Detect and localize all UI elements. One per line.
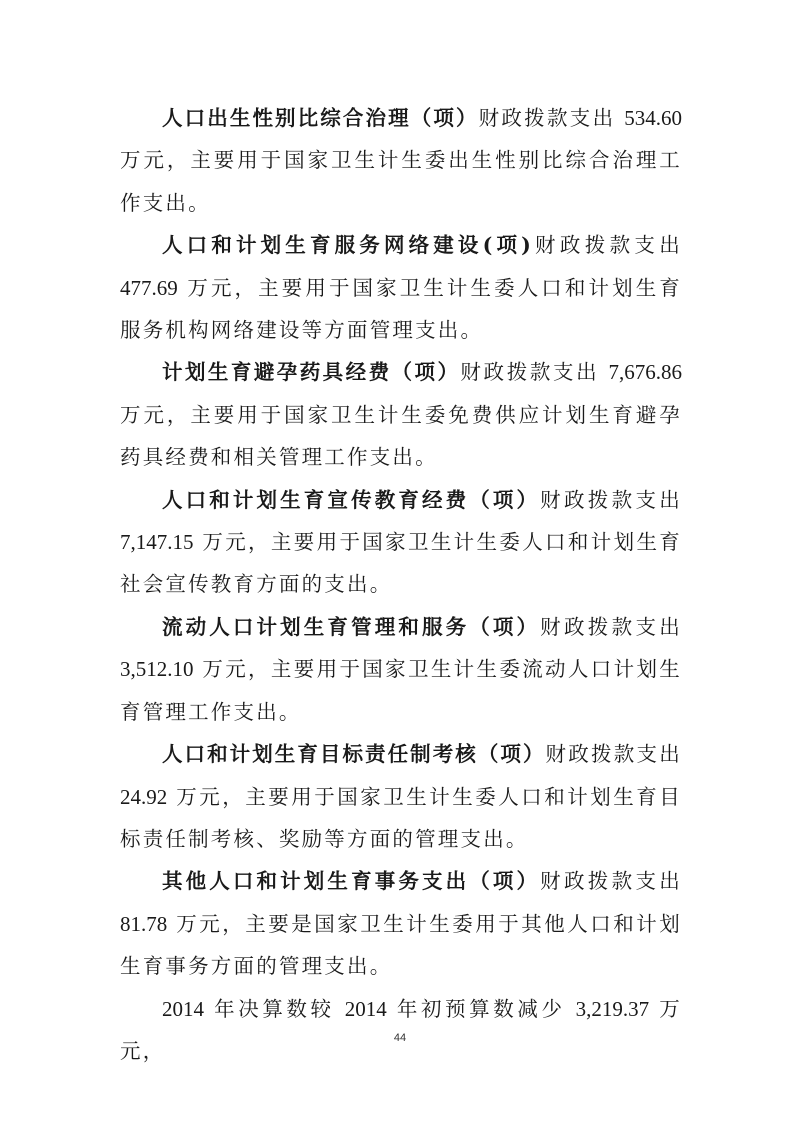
item-amount: 24.92 (120, 785, 167, 809)
summary-text-1: 年决算数较 (204, 997, 345, 1021)
paragraph-publicity-education: 人口和计划生育宣传教育经费（项）财政拨款支出 7,147.15 万元，主要用于国… (120, 479, 682, 606)
paragraph-contraceptives: 计划生育避孕药具经费（项）财政拨款支出 7,676.86 万元，主要用于国家卫生… (120, 351, 682, 478)
item-text-post: 万元，主要用于国家卫生计生委人口和计划生育社会宣传教育方面的支出。 (120, 530, 682, 596)
item-text-pre: 财政拨款支出 (479, 106, 625, 130)
item-amount: 534.60 (624, 106, 682, 130)
item-text-post: 万元，主要用于国家卫生计生委免费供应计划生育避孕药具经费和相关管理工作支出。 (120, 403, 682, 469)
item-text-post: 万元，主要用于国家卫生计生委出生性别比综合治理工作支出。 (120, 148, 682, 214)
item-heading: 人口和计划生育宣传教育经费（项） (162, 488, 540, 512)
paragraph-summary: 2014 年决算数较 2014 年初预算数减少 3,219.37 万元， (120, 988, 682, 1073)
paragraph-target-assessment: 人口和计划生育目标责任制考核（项）财政拨款支出 24.92 万元，主要用于国家卫… (120, 733, 682, 860)
document-page: 人口出生性别比综合治理（项）财政拨款支出 534.60 万元，主要用于国家卫生计… (120, 97, 682, 1072)
item-text-pre: 财政拨款支出 (540, 869, 682, 893)
item-text-pre: 财政拨款支出 (546, 742, 683, 766)
item-heading: 人口和计划生育服务网络建设(项) (162, 233, 533, 257)
item-heading: 人口出生性别比综合治理（项） (162, 106, 479, 130)
item-heading: 人口和计划生育目标责任制考核（项） (162, 742, 546, 766)
paragraph-floating-population: 流动人口计划生育管理和服务（项）财政拨款支出 3,512.10 万元，主要用于国… (120, 606, 682, 733)
summary-year-final: 2014 (162, 997, 204, 1021)
item-amount: 81.78 (120, 912, 167, 936)
paragraph-sex-ratio: 人口出生性别比综合治理（项）财政拨款支出 534.60 万元，主要用于国家卫生计… (120, 97, 682, 224)
summary-text-2: 年初预算数减少 (387, 997, 576, 1021)
item-heading: 流动人口计划生育管理和服务（项） (162, 615, 540, 639)
item-text-post: 万元，主要用于国家卫生计生委人口和计划生育服务机构网络建设等方面管理支出。 (120, 276, 682, 342)
item-heading: 计划生育避孕药具经费（项） (162, 360, 460, 384)
item-text-pre: 财政拨款支出 (540, 488, 682, 512)
item-text-post: 万元，主要用于国家卫生计生委流动人口计划生育管理工作支出。 (120, 657, 682, 723)
item-amount: 3,512.10 (120, 657, 194, 681)
summary-amount: 3,219.37 (576, 997, 650, 1021)
summary-year-budget: 2014 (345, 997, 387, 1021)
item-text-post: 万元，主要是国家卫生计生委用于其他人口和计划生育事务方面的管理支出。 (120, 912, 682, 978)
item-text-pre: 财政拨款支出 (533, 233, 682, 257)
item-heading: 其他人口和计划生育事务支出（项） (162, 869, 540, 893)
item-amount: 7,147.15 (120, 530, 194, 554)
page-number: 44 (0, 1032, 800, 1044)
item-text-pre: 财政拨款支出 (540, 615, 682, 639)
item-text-post: 万元，主要用于国家卫生计生委人口和计划生育目标责任制考核、奖励等方面的管理支出。 (120, 785, 682, 851)
paragraph-service-network: 人口和计划生育服务网络建设(项)财政拨款支出 477.69 万元，主要用于国家卫… (120, 224, 682, 351)
item-amount: 7,676.86 (609, 360, 683, 384)
paragraph-other-affairs: 其他人口和计划生育事务支出（项）财政拨款支出 81.78 万元，主要是国家卫生计… (120, 860, 682, 987)
item-amount: 477.69 (120, 276, 178, 300)
item-text-pre: 财政拨款支出 (460, 360, 608, 384)
